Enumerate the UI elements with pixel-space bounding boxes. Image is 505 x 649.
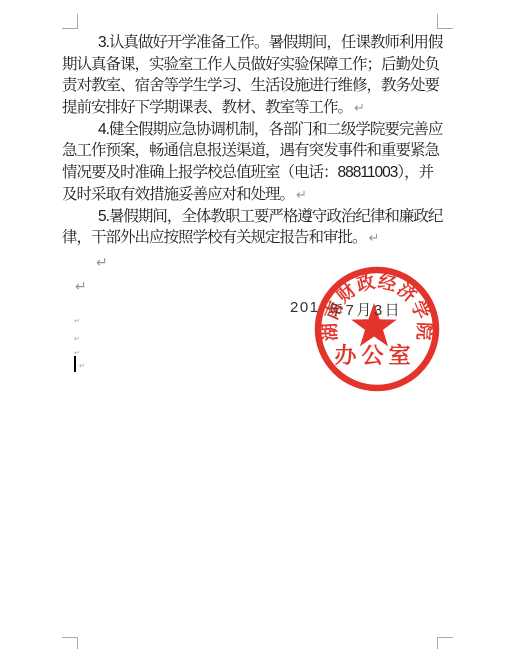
margin-crop-mark-bottom-left <box>62 637 78 649</box>
body-text: 4.健全假期应急协调机制，各部门和二级学院要完善应 <box>62 121 442 138</box>
paragraph-mark: ↵ <box>354 100 365 115</box>
body-line[interactable]: 律，干部外出应按照学校有关规定报告和审批。↵ <box>62 227 440 249</box>
body-line[interactable]: 提前安排好下学期课表、教材、教室等工作。↵ <box>62 97 440 119</box>
body-text: 3.认真做好开学准备工作。暑假期间，任课教师利用假 <box>62 34 442 51</box>
body-text: 责对教室、宿舍等学生学习、生活设施进行维修，教务处要 <box>62 77 439 94</box>
paragraph-mark: ↵ <box>369 230 380 245</box>
official-seal[interactable]: 湖南财政经济学院 办公室 <box>311 263 443 395</box>
paragraph-mark-small: ↵ <box>79 363 85 370</box>
body-line[interactable]: 责对教室、宿舍等学生学习、生活设施进行维修，教务处要 <box>62 75 440 97</box>
body-line[interactable]: 急工作预案，畅通信息报送渠道，遇有突发事件和重要紧急 <box>62 140 440 162</box>
paragraph-mark: ↵ <box>75 279 87 293</box>
date-line[interactable]: 201 <box>290 299 320 316</box>
paragraph-mark-small: ↵ <box>74 336 80 343</box>
body-text: 期认真备课，实验室工作人员做好实验保障工作；后勤处负 <box>62 56 439 73</box>
body-text: 5.暑假期间，全体教职工要严格遵守政治纪律和廉政纪 <box>62 208 442 225</box>
body-line[interactable]: 情况要及时准确上报学校总值班室（电话：88811003），并 <box>62 162 440 184</box>
body-text: 律，干部外出应按照学校有关规定报告和审批。 <box>62 229 367 246</box>
document-text-area[interactable]: 3.认真做好开学准备工作。暑假期间，任课教师利用假 期认真备课，实验室工作人员做… <box>62 32 440 249</box>
body-text: 急工作预案，畅通信息报送渠道，遇有突发事件和重要紧急 <box>62 142 439 159</box>
body-line[interactable]: 3.认真做好开学准备工作。暑假期间，任课教师利用假 <box>62 32 440 54</box>
body-text: 情况要及时准确上报学校总值班室（电话：88811003），并 <box>62 164 433 181</box>
seal-office-text: 办公室 <box>334 343 415 368</box>
paragraph-mark-small: ↵ <box>74 318 80 325</box>
body-line[interactable]: 5.暑假期间，全体教职工要严格遵守政治纪律和廉政纪 <box>62 206 440 228</box>
paragraph-mark: ↵ <box>96 255 108 269</box>
body-line[interactable]: 4.健全假期应急协调机制，各部门和二级学院要完善应 <box>62 119 440 141</box>
body-text: 及时采取有效措施妥善应对和处理。 <box>62 186 294 203</box>
paragraph-mark: ↵ <box>296 187 307 202</box>
body-line[interactable]: 期认真备课，实验室工作人员做好实验保障工作；后勤处负 <box>62 54 440 76</box>
date-line[interactable]: 年7月3日 <box>328 299 402 320</box>
body-line[interactable]: 及时采取有效措施妥善应对和处理。↵ <box>62 184 440 206</box>
text-cursor <box>74 356 76 372</box>
margin-crop-mark-bottom-right <box>437 637 453 649</box>
body-text: 提前安排好下学期课表、教材、教室等工作。 <box>62 99 352 116</box>
margin-crop-mark-top-right <box>437 14 453 29</box>
margin-crop-mark-top-left <box>62 14 78 29</box>
